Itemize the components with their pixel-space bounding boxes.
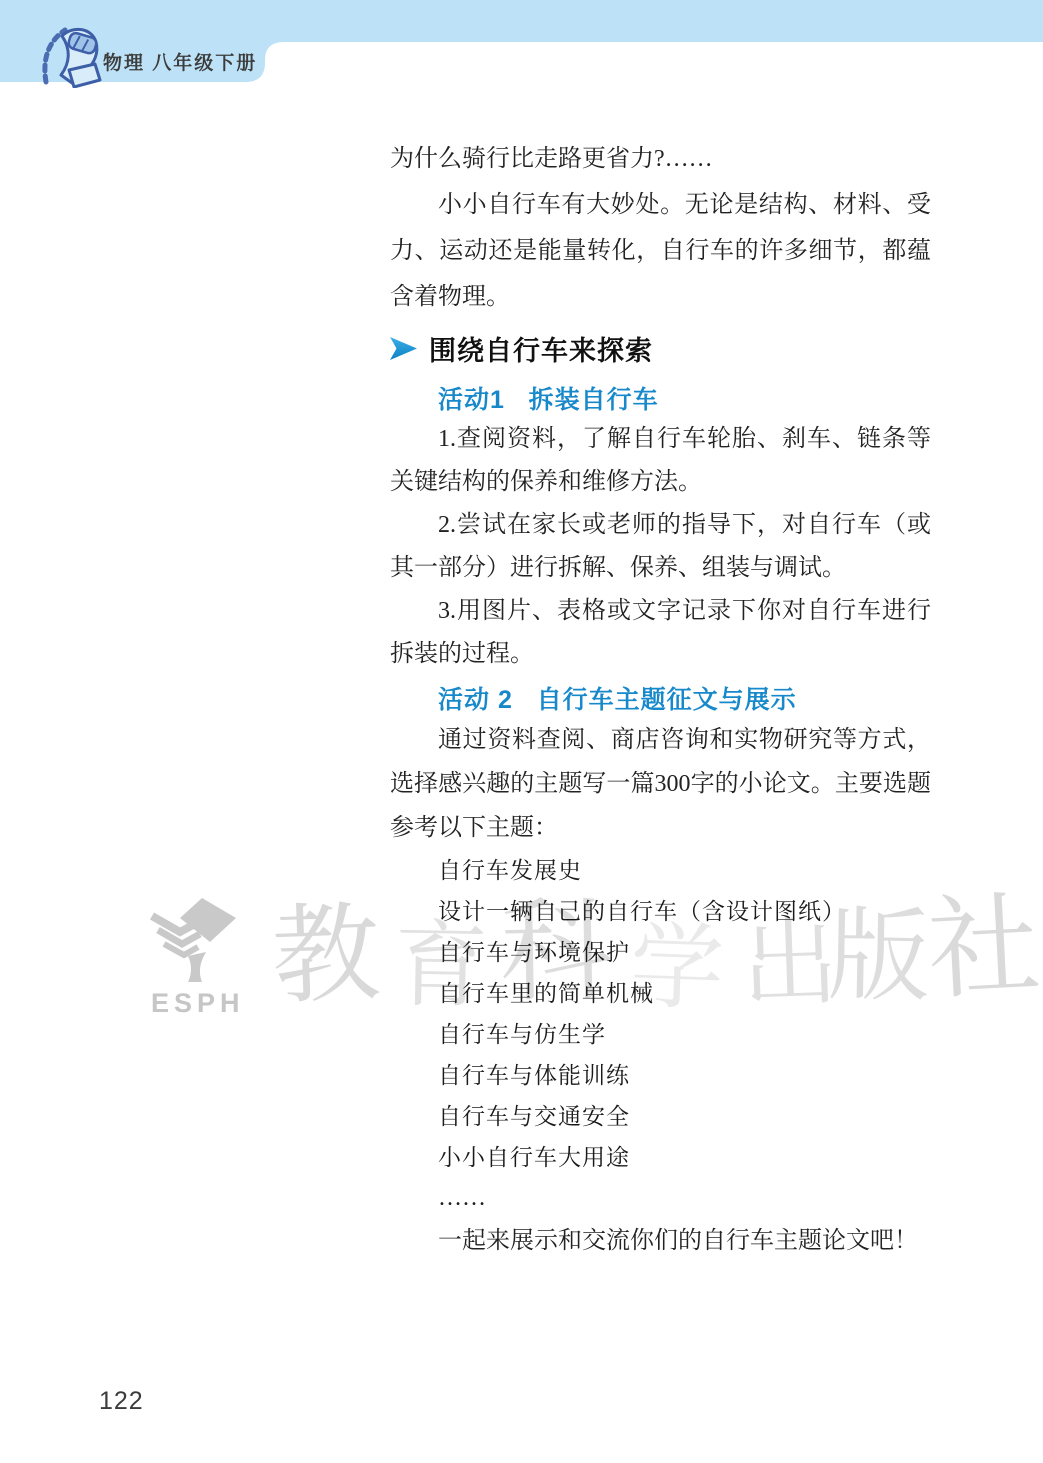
topic-list: 自行车发展史 设计一辆自己的自行车（含设计图纸） 自行车与环境保护 自行车里的简… xyxy=(438,850,931,1178)
section-arrow-icon xyxy=(390,334,418,362)
topic-item: 自行车与仿生学 xyxy=(438,1014,931,1055)
activity1-heading: 活动1 拆装自行车 xyxy=(438,378,931,418)
page-content: 为什么骑行比走路更省力?…… 小小自行车有大妙处。无论是结构、材料、受力、运动还… xyxy=(390,136,931,1263)
topic-item: 小小自行车大用途 xyxy=(438,1137,931,1178)
activity1-title: 拆装自行车 xyxy=(529,380,659,416)
watermark-char: 教 xyxy=(270,900,382,1012)
activity1-label: 活动1 xyxy=(438,380,505,416)
topic-ellipsis: …… xyxy=(438,1178,931,1219)
topic-item: 自行车与环境保护 xyxy=(438,932,931,973)
activity1-items: 1.查阅资料，了解自行车轮胎、刹车、链条等关键结构的保养和维修方法。 2.尝试在… xyxy=(390,418,931,676)
topic-item: 设计一辆自己的自行车（含设计图纸） xyxy=(438,891,931,932)
intro-paragraph: 为什么骑行比走路更省力?…… xyxy=(390,136,931,182)
activity2-intro: 通过资料查阅、商店咨询和实物研究等方式，选择感兴趣的主题写一篇300字的小论文。… xyxy=(390,718,931,850)
activity1-item: 2.尝试在家长或老师的指导下，对自行车（或其一部分）进行拆解、保养、组装与调试。 xyxy=(390,504,931,590)
watermark-char: 社 xyxy=(925,889,1043,1007)
section-title: 围绕自行车来探索 xyxy=(429,329,653,368)
intro-paragraph: 小小自行车有大妙处。无论是结构、材料、受力、运动还是能量转化，自行车的许多细节，… xyxy=(390,182,931,320)
activity2-label: 活动 2 xyxy=(438,680,513,716)
activity2-heading: 活动 2 自行车主题征文与展示 xyxy=(438,678,931,718)
activity2-title: 自行车主题征文与展示 xyxy=(537,680,797,716)
publisher-logo-icon xyxy=(36,20,102,88)
section-heading: 围绕自行车来探索 xyxy=(390,328,931,368)
activity1-item: 1.查阅资料，了解自行车轮胎、刹车、链条等关键结构的保养和维修方法。 xyxy=(390,418,931,504)
topic-item: 自行车与交通安全 xyxy=(438,1096,931,1137)
activity1-item: 3.用图片、表格或文字记录下你对自行车进行拆装的过程。 xyxy=(390,590,931,676)
esph-watermark-text: ESPH xyxy=(151,988,245,1019)
topic-item: 自行车里的简单机械 xyxy=(438,973,931,1014)
book-title: 物理 八年级下册 xyxy=(103,48,257,75)
topic-item: 自行车发展史 xyxy=(438,850,931,891)
topic-item: 自行车与体能训练 xyxy=(438,1055,931,1096)
closing-line: 一起来展示和交流你们的自行车主题论文吧！ xyxy=(390,1219,931,1263)
page-number: 122 xyxy=(99,1387,144,1416)
esph-logo-watermark-icon xyxy=(150,898,242,984)
